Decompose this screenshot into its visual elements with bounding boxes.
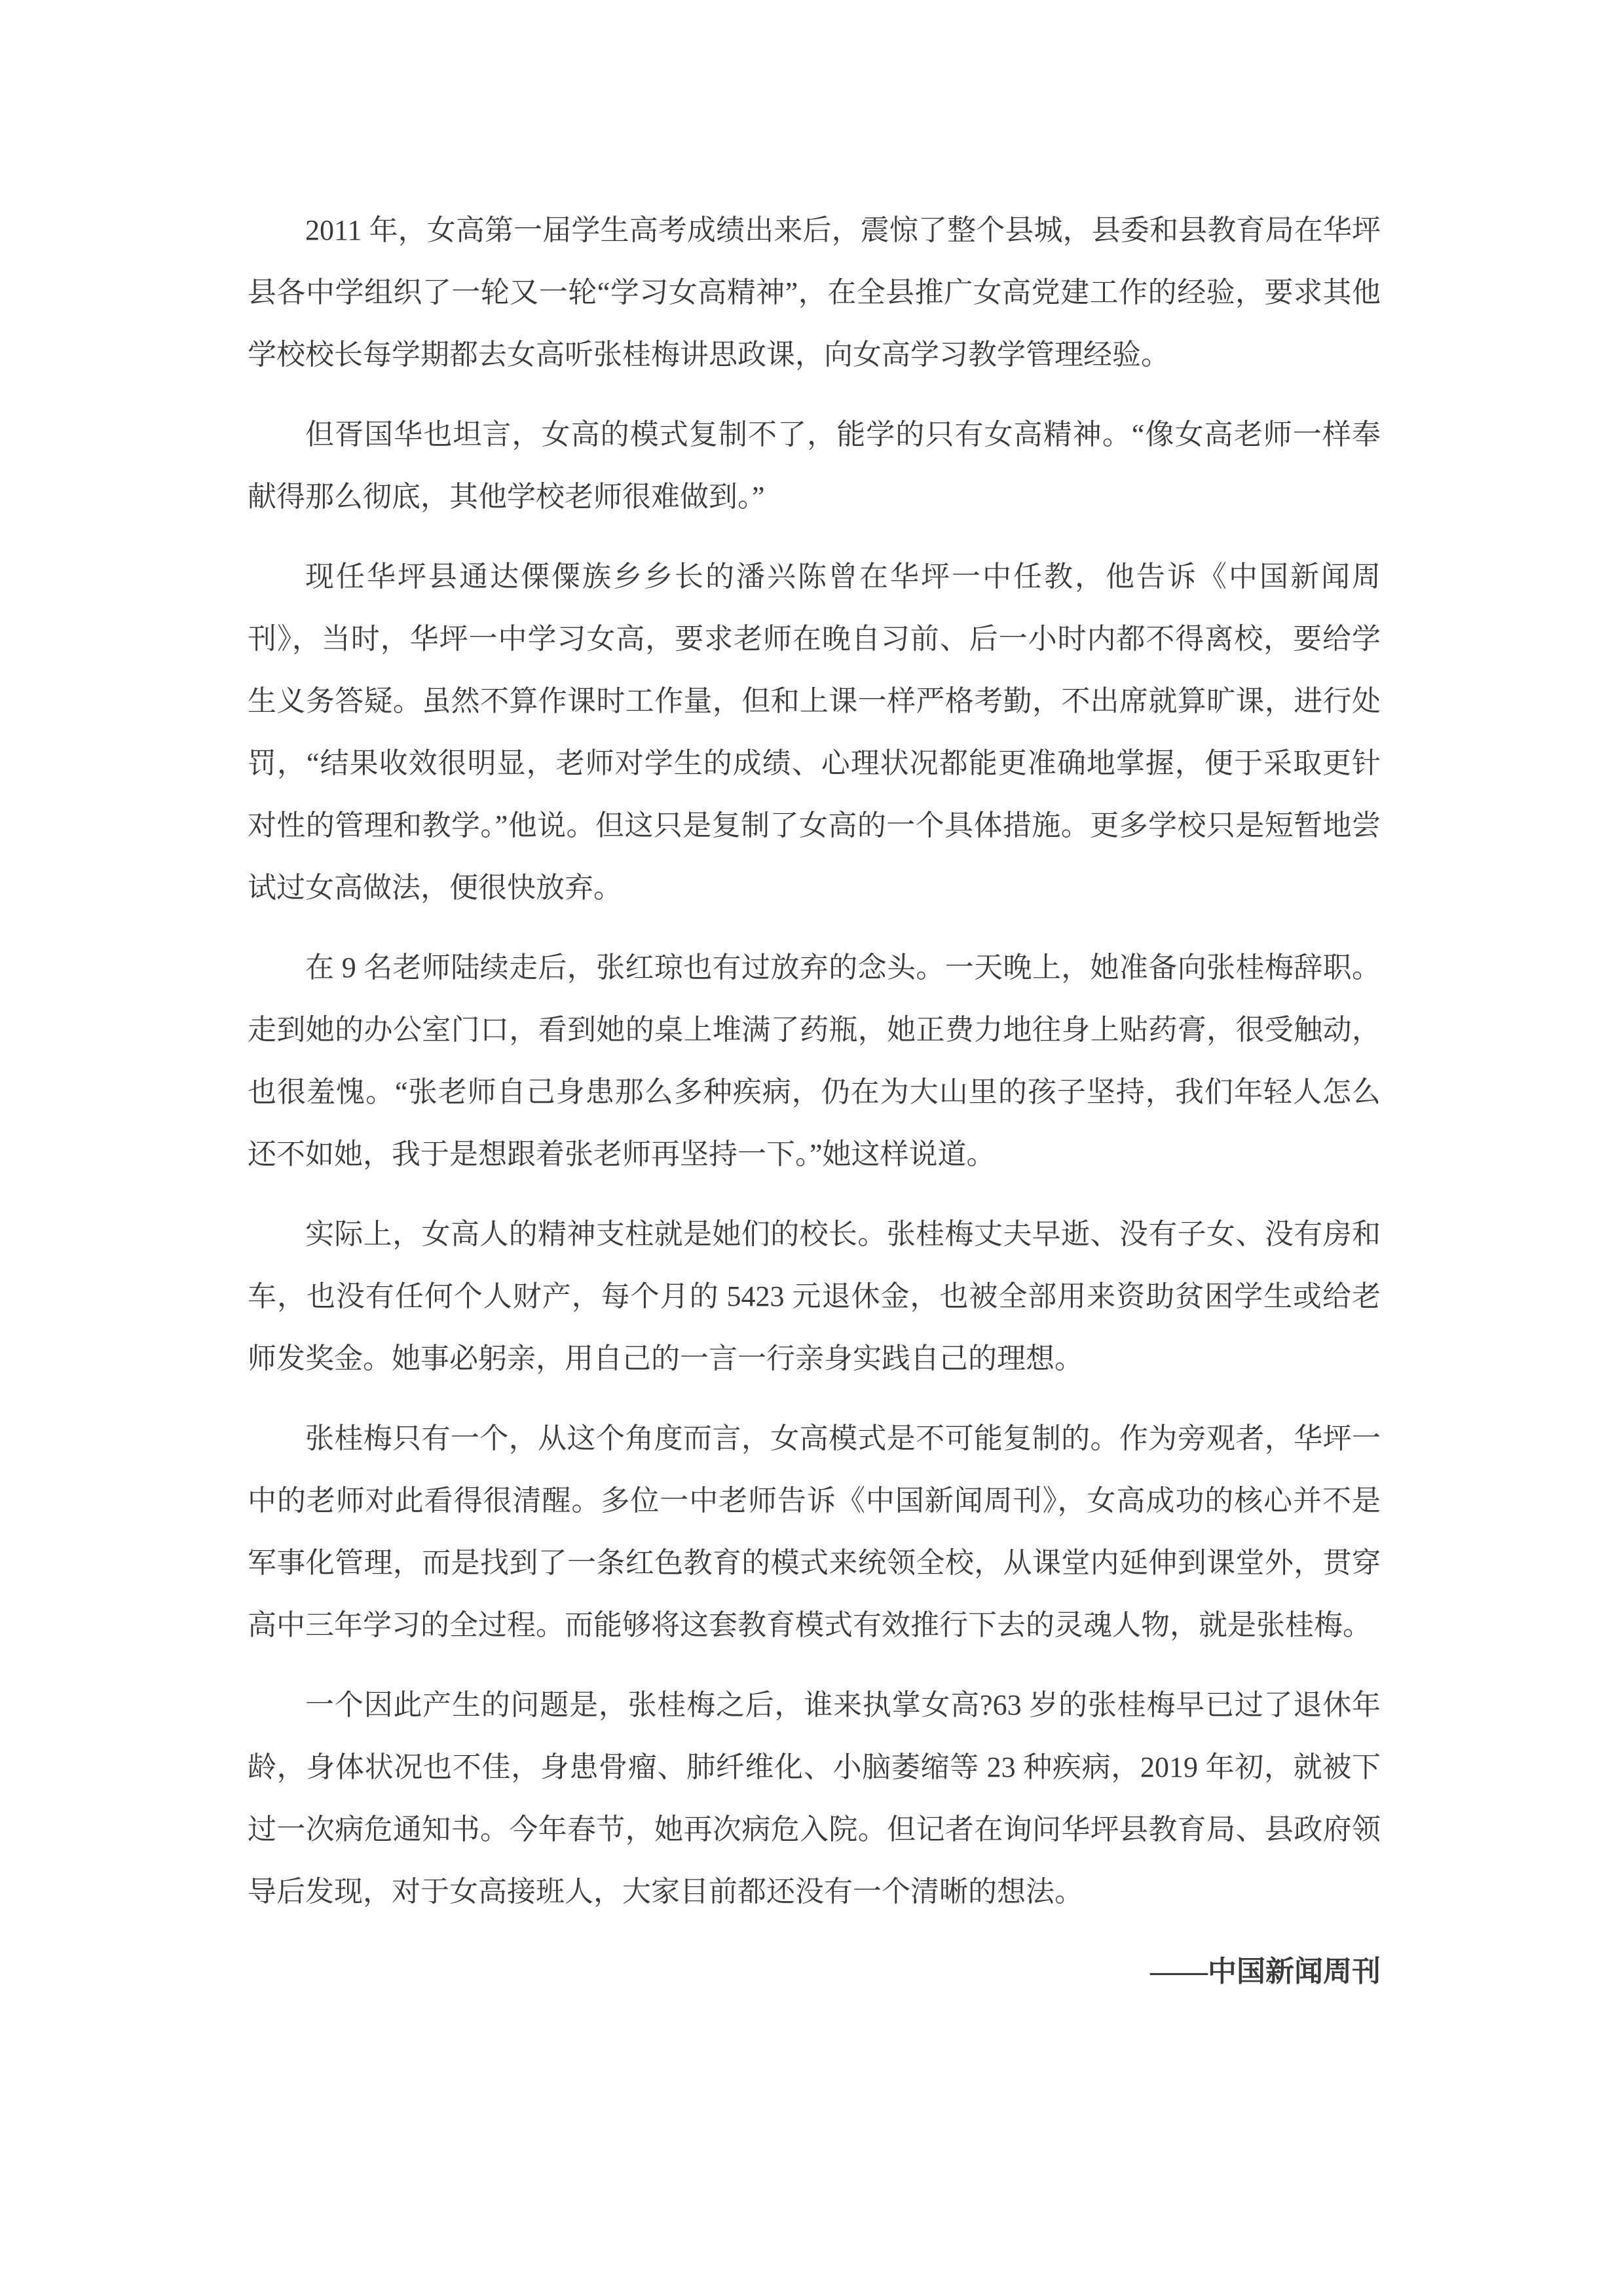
paragraph: 现任华坪县通达傈僳族乡乡长的潘兴陈曾在华坪一中任教，他告诉《中国新闻周刊》，当时… — [248, 546, 1381, 919]
paragraph: 2011 年，女高第一届学生高考成绩出来后，震惊了整个县城，县委和县教育局在华坪… — [248, 199, 1381, 386]
paragraph: 一个因此产生的问题是，张桂梅之后，谁来执掌女高?63 岁的张桂梅早已过了退休年龄… — [248, 1674, 1381, 1923]
document-page: 2011 年，女高第一届学生高考成绩出来后，震惊了整个县城，县委和县教育局在华坪… — [0, 0, 1623, 2296]
paragraph: 实际上，女高人的精神支柱就是她们的校长。张桂梅丈夫早逝、没有子女、没有房和车，也… — [248, 1203, 1381, 1390]
document-content: 2011 年，女高第一届学生高考成绩出来后，震惊了整个县城，县委和县教育局在华坪… — [248, 199, 1381, 2003]
paragraph: 在 9 名老师陆续走后，张红琼也有过放弃的念头。一天晚上，她准备向张桂梅辞职。走… — [248, 936, 1381, 1185]
paragraph: 但胥国华也坦言，女高的模式复制不了，能学的只有女高精神。“像女高老师一样奉献得那… — [248, 403, 1381, 528]
attribution-line: ——中国新闻周刊 — [248, 1940, 1381, 2003]
paragraph: 张桂梅只有一个，从这个角度而言，女高模式是不可能复制的。作为旁观者，华坪一中的老… — [248, 1407, 1381, 1656]
